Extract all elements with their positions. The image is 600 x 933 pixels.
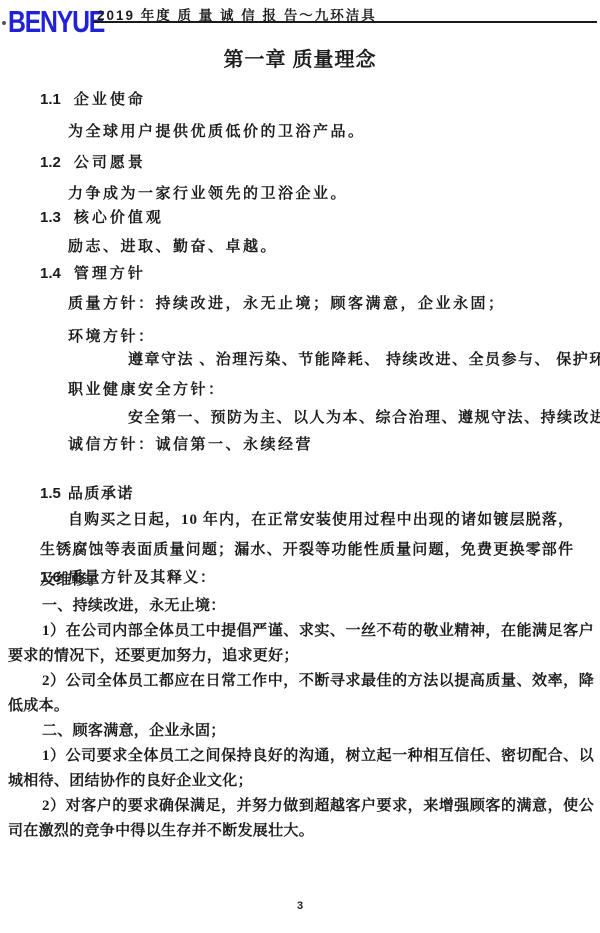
environment-policy-line: 遵章守法 、治理污染、节能降耗、 持续改进、全员参与、 保护环境 (128, 350, 600, 370)
interpretation-paragraph: 一、持续改进，永无止境： (8, 594, 594, 619)
chapter-title: 第一章 质量理念 (0, 43, 600, 72)
ohs-policy-line: 安全第一、预防为主、以人为本、综合治理、遵规守法、持续改进 (128, 408, 600, 428)
company-logo: BENYUE (8, 4, 104, 40)
section-heading-1-2: 1.2公司愿景 (40, 153, 146, 173)
section-title: 品质承诺 (68, 484, 134, 504)
section-number: 1.2 (40, 153, 61, 173)
section-number: 1.4 (40, 264, 61, 284)
interpretation-paragraph: 2）对客户的要求确保满足，并努力做到超越客户要求，来增强顾客的满意，使公司在激烈… (8, 794, 594, 844)
section-heading-1-4: 1.4管理方针 (40, 264, 146, 284)
section-number: 1.3 (40, 208, 61, 228)
section-title: 公司愿景 (74, 153, 146, 173)
header-divider-rule (93, 21, 597, 23)
section-number: 1.6 (40, 568, 61, 588)
environment-policy-label: 环境方针： (68, 327, 156, 347)
section-number: 1.1 (40, 90, 61, 110)
interpretation-paragraph: 二、顾客满意，企业永固； (8, 719, 594, 744)
section-heading-1-5: 1.5品质承诺 (40, 484, 134, 504)
page-number: 3 (0, 900, 600, 912)
integrity-policy-line: 诚信方针：诚信第一、永续经营 (68, 435, 313, 455)
interpretation-paragraph: 2）公司全体员工都应在日常工作中，不断寻求最佳的方法以提高质量、效率，降低成本。 (8, 669, 594, 719)
ohs-policy-label: 职业健康安全方针： (68, 380, 226, 400)
section-1-3-body: 励志、进取、勤奋、卓越。 (68, 237, 278, 257)
scan-artifact-dot (2, 21, 6, 25)
policy-interpretation-block: 一、持续改进，永无止境： 1）在公司内部全体员工中提倡严谨、求实、一丝不苟的敬业… (8, 594, 594, 844)
section-title: 质量方针及其释义： (68, 568, 217, 588)
quality-policy-line: 质量方针：持续改进，永无止境；顾客满意，企业永固； (68, 294, 506, 314)
interpretation-paragraph: 1）公司要求全体员工之间保持良好的沟通，树立起一种相互信任、密切配合、以城相待、… (8, 744, 594, 794)
section-title: 核心价值观 (74, 208, 164, 228)
section-heading-1-3: 1.3核心价值观 (40, 208, 164, 228)
section-1-1-body: 为全球用户提供优质低价的卫浴产品。 (68, 122, 366, 142)
interpretation-paragraph: 1）在公司内部全体员工中提倡严谨、求实、一丝不苟的敬业精神，在能满足客户要求的情… (8, 619, 594, 669)
section-title: 企业使命 (74, 90, 146, 110)
section-heading-1-6: 1.6质量方针及其释义： (40, 568, 216, 588)
section-heading-1-1: 1.1企业使命 (40, 90, 146, 110)
section-1-2-body: 力争成为一家行业领先的卫浴企业。 (68, 184, 348, 204)
section-number: 1.5 (40, 484, 61, 504)
section-title: 管理方针 (74, 264, 146, 284)
